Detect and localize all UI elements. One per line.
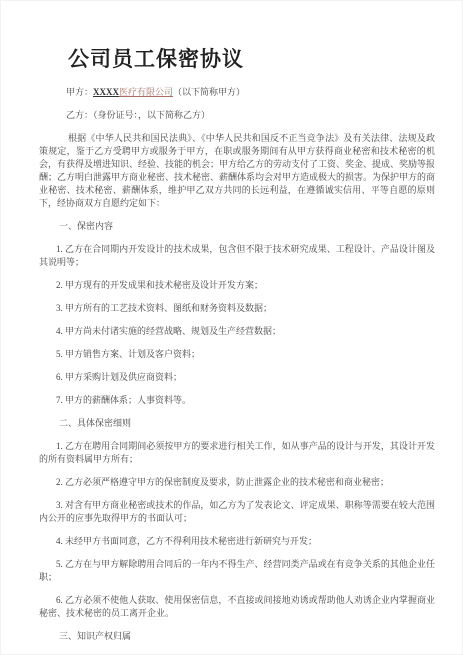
contract-clause: 7. 甲方的薪酬体系；人事资料等。 — [39, 394, 435, 407]
section-heading: 三、知识产权归属 — [39, 630, 435, 643]
contract-clause: 4. 未经甲方书面同意，乙方不得利用技术秘密进行新研究与开发； — [39, 535, 435, 548]
party-a-suffix: （以下简称甲方） — [173, 87, 245, 97]
contract-clause: 1. 乙方在聘用合同期间必须按甲方的要求进行相关工作，如从事产品的设计与开发，其… — [39, 440, 435, 466]
contract-clause: 3. 甲方所有的工艺技术资料、图纸和财务资料及数据； — [39, 302, 435, 315]
contract-clause: 6. 甲方采购计划及供应商资料； — [39, 371, 435, 384]
contract-clause: 5. 乙方在与甲方解除聘用合同后的一年内不得生产、经营同类产品或在有竞争关系的其… — [39, 558, 435, 584]
contract-clause: 3. 对含有甲方商业秘密或技术的作品，如乙方为了发表论文、评定成果、职称等需要在… — [39, 499, 435, 525]
section-heading: 一、保密内容 — [39, 220, 435, 233]
contract-clause: 2. 甲方现有的开发成果和技术秘密及设计开发方案； — [39, 279, 435, 292]
contract-clause: 1. 乙方在合同期内开发设计的技术成果，包含但不限于技术研究成果、工程设计、产品… — [39, 243, 435, 269]
contract-clause: 5. 甲方销售方案、计划及客户资料； — [39, 348, 435, 361]
party-a-line: 甲方：XXXX医疗有限公司（以下简称甲方） — [39, 86, 435, 99]
contract-clause: 4. 甲方尚未付诸实施的经营战略、规划及生产经营数据； — [39, 325, 435, 338]
party-a-company-name: 医疗有限公司 — [119, 87, 173, 97]
party-b-line: 乙方：（身份证号：，以下简称乙方） — [39, 109, 435, 122]
document-title: 公司员工保密协议 — [39, 47, 435, 73]
contract-clause: 6. 乙方必须不使他人获取、使用保密信息，不直接或间接地劝诱或帮助他人劝诱企业内… — [39, 594, 435, 620]
preamble-paragraph: 根据《中华人民共和国民法典》、《中华人民共和国反不正当竞争法》及有关法律、法规及… — [39, 132, 435, 210]
section-heading: 二、具体保密细则 — [39, 417, 435, 430]
document-page: 公司员工保密协议 甲方：XXXX医疗有限公司（以下简称甲方） 乙方：（身份证号：… — [0, 0, 463, 655]
contract-clause: 2. 乙方必须严格遵守甲方的保密制度及要求，防止泄露企业的技术秘密和商业秘密； — [39, 476, 435, 489]
party-a-placeholder: XXXX — [93, 87, 119, 97]
sections-container: 一、保密内容1. 乙方在合同期内开发设计的技术成果，包含但不限于技术研究成果、工… — [39, 220, 435, 643]
party-a-label: 甲方： — [66, 87, 93, 97]
